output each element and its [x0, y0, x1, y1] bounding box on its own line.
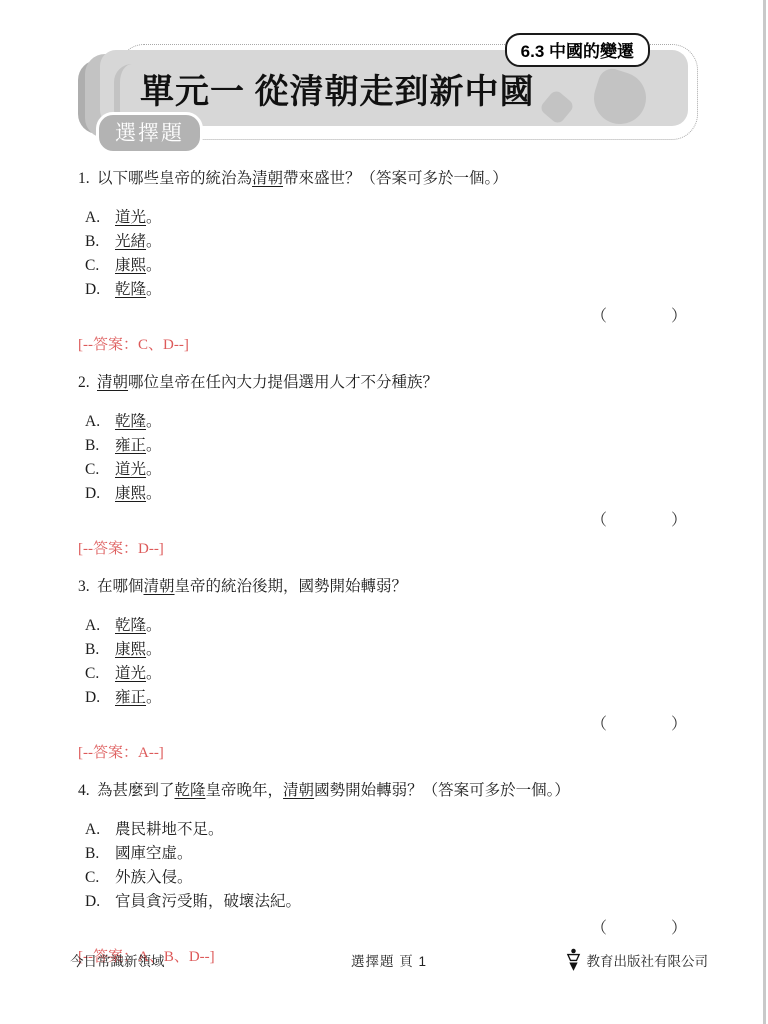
text-segment: 帶來盛世？（答案可多於一個。）	[283, 170, 508, 187]
chapter-badge: 6.3 中國的變遷	[505, 33, 650, 67]
footer-series-name: 今日常識新領域	[70, 950, 283, 970]
page-footer: 今日常識新領域 選擇題 頁 1 教育出版社有限公司	[70, 948, 708, 972]
option-text: 道光。	[115, 206, 162, 230]
option-row: D.雍正。	[78, 686, 695, 710]
option-letter: B.	[85, 230, 115, 254]
question-line: 3.在哪個清朝皇帝的統治後期，國勢開始轉弱？	[78, 576, 695, 598]
underlined-term: 康熙	[115, 641, 146, 658]
option-row: B.康熙。	[78, 638, 695, 662]
page-edge-divider	[763, 0, 766, 1024]
question-block: 3.在哪個清朝皇帝的統治後期，國勢開始轉弱？A.乾隆。B.康熙。C.道光。D.雍…	[78, 576, 695, 764]
option-letter: C.	[85, 254, 115, 278]
answer-key: [--答案：A--]	[78, 742, 695, 764]
option-row: C.道光。	[78, 458, 695, 482]
underlined-term: 乾隆	[175, 782, 206, 799]
blank-close-paren: ）	[671, 714, 687, 736]
option-letter: A.	[85, 614, 115, 638]
question-number: 4.	[78, 780, 97, 802]
publisher-logo-icon	[566, 948, 581, 972]
text-segment: 為甚麼到了	[97, 782, 175, 799]
decorative-diamond-large	[587, 65, 653, 131]
text-segment: 。	[146, 437, 162, 454]
question-number: 3.	[78, 576, 97, 598]
worksheet-page: 單元一 從清朝走到新中國 6.3 中國的變遷 選擇題 1.以下哪些皇帝的統治為清…	[0, 0, 768, 1024]
text-segment: 皇帝晚年，	[206, 782, 284, 799]
option-letter: D.	[85, 686, 115, 710]
question-line: 1.以下哪些皇帝的統治為清朝帶來盛世？（答案可多於一個。）	[78, 168, 695, 190]
question-block: 4.為甚麼到了乾隆皇帝晚年，清朝國勢開始轉弱？（答案可多於一個。）A.農民耕地不…	[78, 780, 695, 968]
question-line: 2.清朝哪位皇帝在任內大力提倡選用人才不分種族？	[78, 372, 695, 394]
option-letter: A.	[85, 818, 115, 842]
text-segment: 外族入侵。	[115, 869, 193, 886]
text-segment: 皇帝的統治後期，國勢開始轉弱？	[175, 578, 408, 595]
option-text: 雍正。	[115, 434, 162, 458]
option-text: 道光。	[115, 662, 162, 686]
option-text: 外族入侵。	[115, 866, 193, 890]
option-row: D.官員貪污受賄，破壞法紀。	[78, 890, 695, 914]
text-segment: 哪位皇帝在任內大力提倡選用人才不分種族？	[128, 374, 438, 391]
answer-blank: （）	[78, 714, 695, 736]
underlined-term: 清朝	[144, 578, 175, 595]
option-row: C.康熙。	[78, 254, 695, 278]
underlined-term: 乾隆	[115, 617, 146, 634]
underlined-term: 康熙	[115, 485, 146, 502]
underlined-term: 道光	[115, 461, 146, 478]
option-letter: C.	[85, 866, 115, 890]
option-text: 國庫空虛。	[115, 842, 193, 866]
option-text: 農民耕地不足。	[115, 818, 224, 842]
underlined-term: 清朝	[252, 170, 283, 187]
text-segment: 。	[146, 461, 162, 478]
option-row: D.康熙。	[78, 482, 695, 506]
blank-close-paren: ）	[671, 918, 687, 940]
question-text: 為甚麼到了乾隆皇帝晚年，清朝國勢開始轉弱？（答案可多於一個。）	[97, 780, 695, 802]
option-letter: B.	[85, 434, 115, 458]
option-text: 康熙。	[115, 254, 162, 278]
text-segment: 農民耕地不足。	[115, 821, 224, 838]
text-segment: 。	[146, 233, 162, 250]
text-segment: 官員貪污受賄，破壞法紀。	[115, 893, 301, 910]
question-block: 2.清朝哪位皇帝在任內大力提倡選用人才不分種族？A.乾隆。B.雍正。C.道光。D…	[78, 372, 695, 560]
footer-page-number: 選擇題 頁 1	[283, 950, 496, 970]
option-row: B.雍正。	[78, 434, 695, 458]
text-segment: 。	[146, 641, 162, 658]
option-letter: C.	[85, 662, 115, 686]
question-number: 2.	[78, 372, 97, 394]
text-segment: 國勢開始轉弱？（答案可多於一個。）	[314, 782, 570, 799]
question-line: 4.為甚麼到了乾隆皇帝晚年，清朝國勢開始轉弱？（答案可多於一個。）	[78, 780, 695, 802]
answer-blank: （）	[78, 918, 695, 940]
text-segment: 國庫空虛。	[115, 845, 193, 862]
option-row: A.乾隆。	[78, 614, 695, 638]
text-segment: 。	[146, 281, 162, 298]
text-segment: 。	[146, 257, 162, 274]
blank-open-paren: （	[591, 510, 607, 532]
option-text: 光緒。	[115, 230, 162, 254]
question-number: 1.	[78, 168, 97, 190]
option-letter: A.	[85, 410, 115, 434]
underlined-term: 光緒	[115, 233, 146, 250]
footer-publisher: 教育出版社有限公司	[495, 948, 708, 972]
unit-title: 單元一 從清朝走到新中國	[140, 64, 535, 113]
blank-open-paren: （	[591, 918, 607, 940]
underlined-term: 清朝	[283, 782, 314, 799]
blank-close-paren: ）	[671, 306, 687, 328]
blank-close-paren: ）	[671, 510, 687, 532]
text-segment: 。	[146, 617, 162, 634]
underlined-term: 雍正	[115, 437, 146, 454]
question-text: 以下哪些皇帝的統治為清朝帶來盛世？（答案可多於一個。）	[97, 168, 695, 190]
text-segment: 。	[146, 485, 162, 502]
option-row: C.道光。	[78, 662, 695, 686]
decorative-diamond-small	[539, 89, 576, 126]
text-segment: 。	[146, 209, 162, 226]
option-text: 雍正。	[115, 686, 162, 710]
option-text: 道光。	[115, 458, 162, 482]
underlined-term: 道光	[115, 665, 146, 682]
text-segment: 以下哪些皇帝的統治為	[97, 170, 252, 187]
option-row: B.光緒。	[78, 230, 695, 254]
option-text: 康熙。	[115, 482, 162, 506]
question-text: 清朝哪位皇帝在任內大力提倡選用人才不分種族？	[97, 372, 695, 394]
question-text: 在哪個清朝皇帝的統治後期，國勢開始轉弱？	[97, 576, 695, 598]
text-segment: 在哪個	[97, 578, 144, 595]
text-segment: 。	[146, 689, 162, 706]
option-row: D.乾隆。	[78, 278, 695, 302]
option-letter: B.	[85, 638, 115, 662]
unit-header: 單元一 從清朝走到新中國 6.3 中國的變遷 選擇題	[78, 42, 698, 142]
underlined-term: 乾隆	[115, 413, 146, 430]
underlined-term: 康熙	[115, 257, 146, 274]
option-text: 乾隆。	[115, 278, 162, 302]
answer-key: [--答案：C、D--]	[78, 334, 695, 356]
answer-blank: （）	[78, 306, 695, 328]
footer-publisher-name: 教育出版社有限公司	[587, 950, 709, 970]
underlined-term: 道光	[115, 209, 146, 226]
option-text: 康熙。	[115, 638, 162, 662]
blank-open-paren: （	[591, 714, 607, 736]
answer-blank: （）	[78, 510, 695, 532]
option-letter: A.	[85, 206, 115, 230]
underlined-term: 乾隆	[115, 281, 146, 298]
option-row: C.外族入侵。	[78, 866, 695, 890]
question-list: 1.以下哪些皇帝的統治為清朝帶來盛世？（答案可多於一個。）A.道光。B.光緒。C…	[78, 168, 695, 968]
answer-key: [--答案：D--]	[78, 538, 695, 560]
question-block: 1.以下哪些皇帝的統治為清朝帶來盛世？（答案可多於一個。）A.道光。B.光緒。C…	[78, 168, 695, 356]
text-segment: 。	[146, 665, 162, 682]
option-text: 乾隆。	[115, 614, 162, 638]
option-letter: C.	[85, 458, 115, 482]
section-pill: 選擇題	[96, 112, 203, 154]
underlined-term: 雍正	[115, 689, 146, 706]
blank-open-paren: （	[591, 306, 607, 328]
option-letter: D.	[85, 890, 115, 914]
option-text: 官員貪污受賄，破壞法紀。	[115, 890, 301, 914]
option-letter: D.	[85, 278, 115, 302]
option-row: A.農民耕地不足。	[78, 818, 695, 842]
underlined-term: 清朝	[97, 374, 128, 391]
option-row: B.國庫空虛。	[78, 842, 695, 866]
option-letter: D.	[85, 482, 115, 506]
option-letter: B.	[85, 842, 115, 866]
option-row: A.乾隆。	[78, 410, 695, 434]
option-text: 乾隆。	[115, 410, 162, 434]
option-row: A.道光。	[78, 206, 695, 230]
text-segment: 。	[146, 413, 162, 430]
